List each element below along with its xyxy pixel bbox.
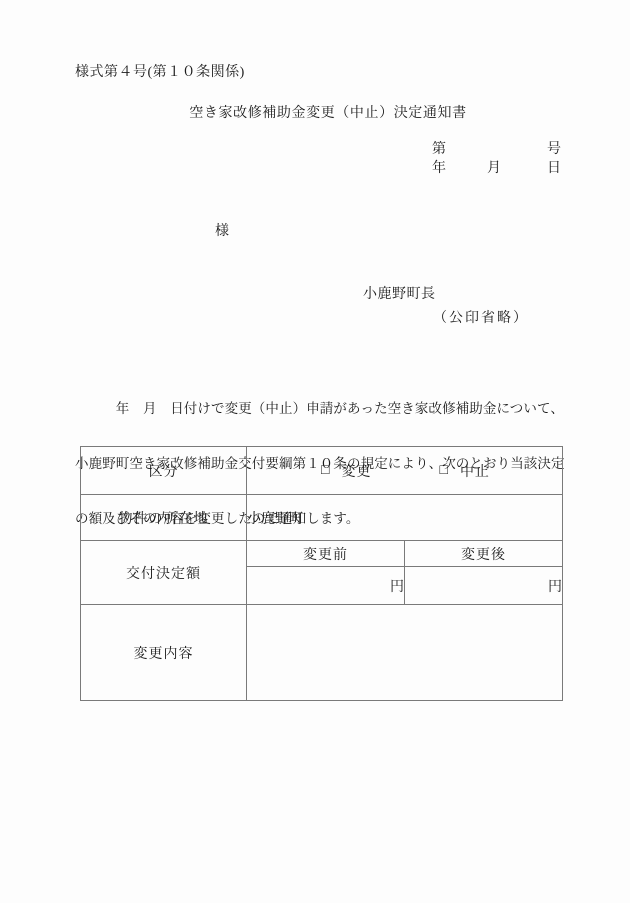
before-amount-cell: 円: [247, 567, 405, 605]
table-row-location: 物件の所在地 小鹿野町: [81, 495, 563, 541]
change-details-label-cell: 変更内容: [81, 605, 247, 701]
grant-amount-label-cell: 交付決定額: [81, 541, 247, 605]
date-year-label: 年: [432, 157, 446, 177]
after-amount-cell: 円: [405, 567, 563, 605]
table-row-grant-headers: 交付決定額 変更前 変更後: [81, 541, 563, 567]
location-label-cell: 物件の所在地: [81, 495, 247, 541]
change-details-value-cell: [247, 605, 563, 701]
category-label-cell: 区分: [81, 447, 247, 495]
before-change-header-cell: 変更前: [247, 541, 405, 567]
reference-number-prefix: 第: [432, 138, 446, 158]
category-options-cell: □ 変更 □ 中止: [247, 447, 563, 495]
subsidy-change-table: 区分 □ 変更 □ 中止 物件の所在地 小: [80, 446, 563, 701]
option-change: □ 変更: [321, 461, 371, 481]
after-change-header-cell: 変更後: [405, 541, 563, 567]
form-number: 様式第４号(第１０条関係): [75, 61, 245, 81]
seal-omission-note: （公印省略）: [433, 307, 529, 327]
date-day-label: 日: [547, 157, 561, 177]
addressee-honorific: 様: [215, 220, 229, 240]
change-checkbox-icon: □: [321, 463, 329, 479]
table-row-category: 区分 □ 変更 □ 中止: [81, 447, 563, 495]
option-change-label: 変更: [341, 461, 371, 481]
cancel-checkbox-icon: □: [439, 463, 447, 479]
date-month-label: 月: [487, 157, 501, 177]
category-options: □ 変更 □ 中止: [247, 461, 562, 481]
reference-number-suffix: 号: [547, 138, 561, 158]
document-page: 様式第４号(第１０条関係) 空き家改修補助金変更（中止）決定通知書 第 号 年 …: [0, 0, 630, 903]
document-title: 空き家改修補助金変更（中止）決定通知書: [0, 102, 630, 122]
table-row-change-details: 変更内容: [81, 605, 563, 701]
option-cancel: □ 中止: [439, 461, 489, 481]
sender-name: 小鹿野町長: [363, 283, 436, 303]
option-cancel-label: 中止: [460, 461, 490, 481]
body-line: 年 月 日付けで変更（中止）申請があった空き家改修補助金について、: [75, 397, 575, 420]
location-value-cell: 小鹿野町: [247, 495, 563, 541]
